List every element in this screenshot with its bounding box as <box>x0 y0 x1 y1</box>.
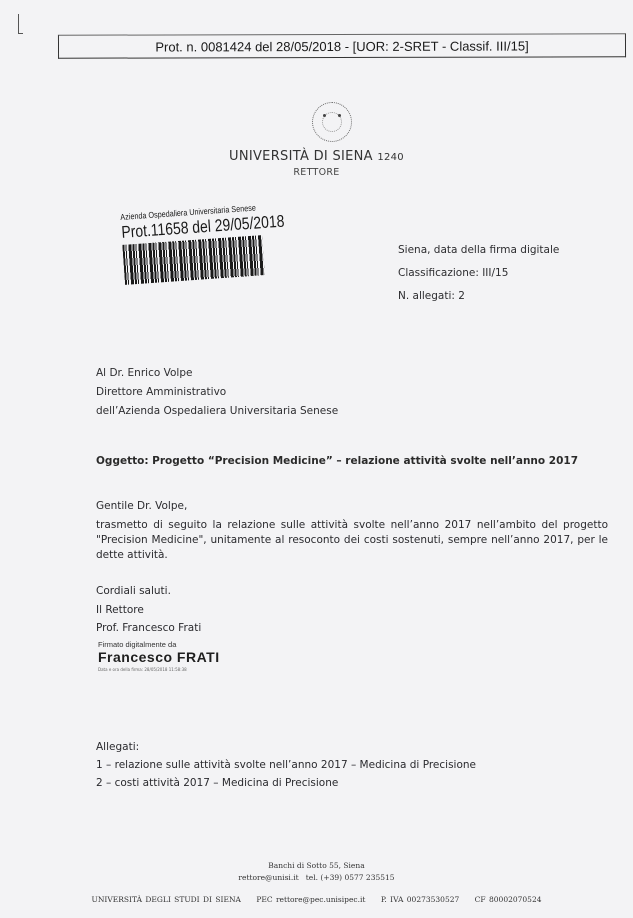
footer-address: Banchi di Sotto 55, Siena <box>0 861 633 870</box>
received-stamp: Azienda Ospedaliera Universitaria Senese… <box>120 200 295 285</box>
salutation: Cordiali saluti. <box>96 585 171 597</box>
digital-signature-name: Francesco FRATI <box>98 649 220 665</box>
signer-role: Il Rettore <box>96 604 144 616</box>
subject-line: Oggetto: Progetto “Precision Medicine” –… <box>96 455 578 467</box>
corner-mark <box>18 14 19 34</box>
footer-cf: CF 80002070524 <box>475 895 542 904</box>
protocol-header-box: Prot. n. 0081424 del 28/05/2018 - [UOR: … <box>58 33 626 58</box>
footer-pec: PEC rettore@pec.unisipec.it <box>256 895 365 904</box>
university-seal-icon <box>312 102 352 142</box>
body-paragraph: trasmetto di seguito la relazione sulle … <box>96 518 608 563</box>
barcode-icon <box>122 235 264 285</box>
protocol-header-text: Prot. n. 0081424 del 28/05/2018 - [UOR: … <box>155 38 528 54</box>
footer-phone: tel. (+39) 0577 235515 <box>306 873 395 882</box>
recipient-organization: dell’Azienda Ospedaliera Universitaria S… <box>96 405 338 417</box>
university-name: UNIVERSITÀ DI SIENA 1240 <box>0 149 633 164</box>
classification: Classificazione: III/15 <box>398 267 508 279</box>
digital-signature-label: Firmato digitalmente da <box>98 640 176 649</box>
footer-institution: UNIVERSITÀ DEGLI STUDI DI SIENA <box>92 895 241 904</box>
footer-email: rettore@unisi.it <box>238 873 298 882</box>
attachment-item: 2 – costi attività 2017 – Medicina di Pr… <box>96 777 338 789</box>
footer-legal: UNIVERSITÀ DEGLI STUDI DI SIENA PEC rett… <box>0 895 633 904</box>
digital-signature-detail: Data e ora della firma: 28/05/2018 11:58… <box>98 667 187 672</box>
recipient-title: Direttore Amministrativo <box>96 386 226 398</box>
attachments-heading: Allegati: <box>96 741 139 753</box>
place-date: Siena, data della firma digitale <box>398 244 559 256</box>
attachment-item: 1 – relazione sulle attività svolte nell… <box>96 759 476 771</box>
office-title: RETTORE <box>0 167 633 178</box>
signer-name: Prof. Francesco Frati <box>96 622 201 634</box>
greeting: Gentile Dr. Volpe, <box>96 500 187 512</box>
footer-vat: P. IVA 00273530527 <box>381 895 459 904</box>
recipient-name: Al Dr. Enrico Volpe <box>96 367 192 379</box>
attachments-count: N. allegati: 2 <box>398 290 465 302</box>
footer-contact: rettore@unisi.it tel. (+39) 0577 235515 <box>0 873 633 882</box>
university-name-text: UNIVERSITÀ DI SIENA <box>229 149 373 164</box>
founded-year: 1240 <box>377 152 404 163</box>
